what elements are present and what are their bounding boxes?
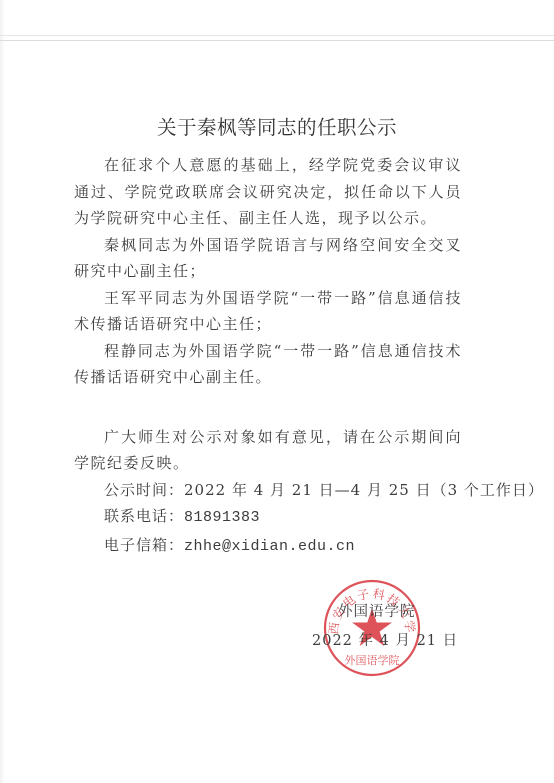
appointment-paragraph: 秦枫同志为外国语学院语言与网络空间安全交叉研究中心副主任；	[74, 232, 462, 285]
phone-value: 81891383	[184, 509, 260, 526]
period-label: 公示时间：	[104, 481, 184, 499]
scan-line	[0, 35, 554, 36]
spacer	[74, 391, 462, 424]
period-value: 2022 年 4 月 21 日—4 月 25 日（3 个工作日）	[184, 481, 544, 499]
signature-block: 外国语学院 2022 年 4 月 21 日	[312, 598, 452, 656]
document-title: 关于秦枫等同志的任职公示	[0, 112, 554, 140]
phone-label: 联系电话：	[104, 507, 184, 525]
signature-organization: 外国语学院	[312, 598, 452, 627]
email-value: zhhe@xidian.edu.cn	[184, 538, 355, 555]
appointment-paragraph: 王军平同志为外国语学院“一带一路”信息通信技术传播话语研究中心主任；	[74, 285, 462, 338]
contact-phone: 联系电话：81891383	[74, 503, 462, 532]
intro-paragraph: 在征求个人意愿的基础上，经学院党委会议审议通过、学院党政联席会议研究决定，拟任命…	[74, 152, 462, 232]
document-body: 在征求个人意愿的基础上，经学院党委会议审议通过、学院党政联席会议研究决定，拟任命…	[74, 152, 462, 560]
publicity-period: 公示时间：2022 年 4 月 21 日—4 月 25 日（3 个工作日）	[74, 477, 462, 504]
feedback-paragraph: 广大师生对公示对象如有意见，请在公示期间向学院纪委反映。	[74, 424, 462, 477]
scan-line	[0, 40, 554, 41]
email-label: 电子信箱：	[104, 536, 184, 554]
appointment-paragraph: 程静同志为外国语学院“一带一路”信息通信技术传播话语研究中心副主任。	[74, 338, 462, 391]
signature-date: 2022 年 4 月 21 日	[312, 627, 452, 656]
contact-email: 电子信箱：zhhe@xidian.edu.cn	[74, 532, 462, 561]
